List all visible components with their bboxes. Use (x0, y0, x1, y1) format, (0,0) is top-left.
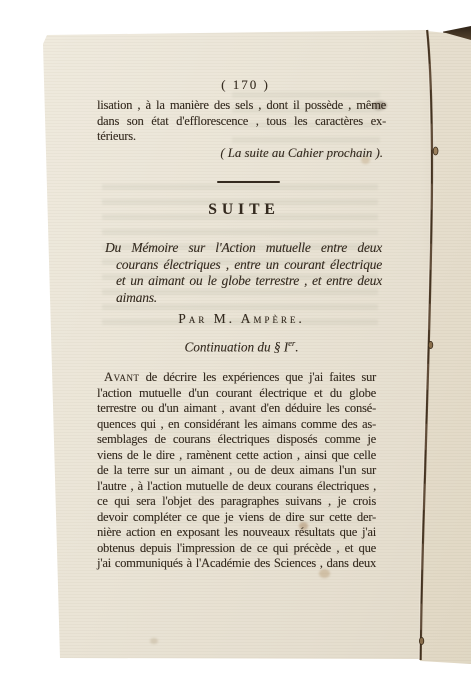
paper-stain (372, 101, 387, 110)
text-line: nière action en exposant les nouveaux ré… (97, 525, 376, 541)
ink-bleedthrough (102, 184, 378, 332)
text-line: terrestre ou d'un aimant , avant d'en dé… (97, 401, 376, 417)
text-line: obtenus depuis l'impression de ce qui pr… (97, 541, 376, 557)
text-line: j'ai communiqués à l'Académie des Scienc… (97, 556, 376, 572)
paper-stain (361, 156, 370, 164)
ink-bleedthrough (102, 428, 374, 560)
subheading-superscript: er (288, 338, 295, 348)
continuation-note: ( La suite au Cahier prochain ). (97, 146, 383, 161)
text-line: dans son état d'efflorescence , tous les… (97, 114, 386, 130)
book-page: ( 170 ) lisation , à la manière des sels… (0, 0, 471, 700)
section-divider-rule (217, 181, 280, 183)
text-line: devoir compléter ce que je viens de dire… (97, 510, 376, 526)
text-line: térieurs. (97, 129, 386, 145)
book-photograph: ( 170 ) lisation , à la manière des sels… (0, 0, 471, 700)
text-line: l'autre , à l'action mutuelle de deux co… (97, 479, 376, 495)
body-paragraph: Avant de décrire les expériences que j'a… (97, 370, 376, 572)
text-line: Avant de décrire les expériences que j'a… (97, 370, 376, 386)
text-column: ( 170 ) lisation , à la manière des sels… (97, 0, 386, 700)
subheading-text: Continuation du § I (184, 339, 288, 354)
paper-stain (299, 522, 308, 530)
continuation-subheading: Continuation du § Ier. (97, 338, 386, 355)
text-line: viens de le dire , ramènent cette action… (97, 448, 376, 464)
author-byline: Par M. Ampère. (97, 311, 386, 327)
text-line: l'action mutuelle d'un courant électriqu… (97, 386, 376, 402)
lead-word: Avant (104, 370, 139, 384)
page-number: ( 170 ) (97, 77, 386, 93)
ink-bleedthrough (232, 92, 380, 164)
lead-line-rest: de décrire les expériences que j'ai fait… (146, 370, 376, 384)
text-line: Du Mémoire sur l'Action mutuelle entre d… (105, 240, 382, 257)
section-heading: SUITE (97, 201, 386, 219)
text-line: semblages de courans électriques disposé… (97, 432, 376, 448)
paragraph-continuation: lisation , à la manière des sels , dont … (97, 98, 386, 145)
subheading-period: . (295, 339, 298, 354)
text-line: aimans. (105, 290, 382, 307)
text-line: de la terre sur un aimant , ou de deux a… (97, 463, 376, 479)
memoir-title: Du Mémoire sur l'Action mutuelle entre d… (105, 240, 382, 306)
text-line: et un aimant ou le globe terrestre , et … (105, 273, 382, 290)
text-line: ce qui sera l'objet des paragraphes suiv… (97, 494, 376, 510)
paper-stain (319, 569, 330, 578)
text-line: lisation , à la manière des sels , dont … (97, 98, 386, 114)
paper-stain (150, 638, 158, 644)
text-line: courans électriques , entre un courant é… (105, 257, 382, 274)
text-line: quences qui , en considérant les aimans … (97, 417, 376, 433)
